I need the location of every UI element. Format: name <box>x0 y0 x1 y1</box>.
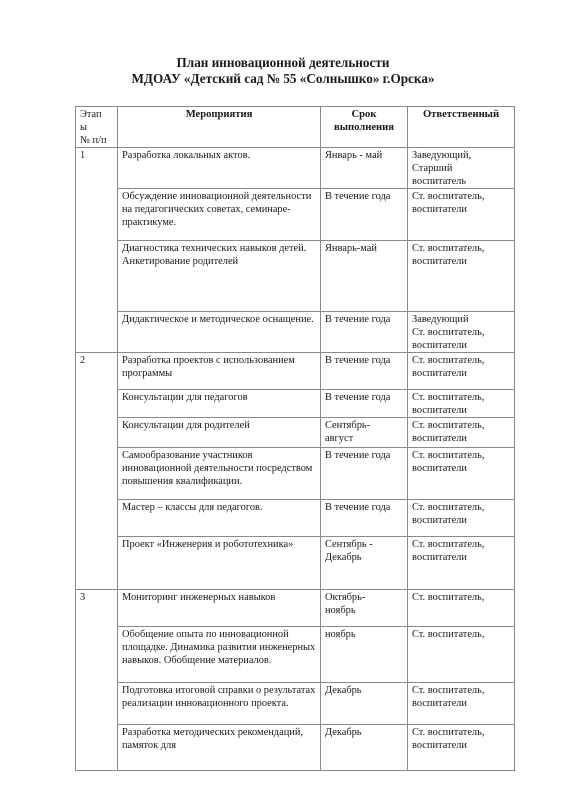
activity-cell: Мониторинг инженерных навыков <box>118 590 321 627</box>
document-subtitle: МДОАУ «Детский сад № 55 «Солнышко» г.Орс… <box>0 71 566 87</box>
term-cell: Октябрь- ноябрь <box>321 590 408 627</box>
table-row: Дидактическое и методическое оснащение.В… <box>76 312 515 353</box>
term-cell: Сентябрь - Декабрь <box>321 537 408 590</box>
activity-cell: Самообразование участников инновационной… <box>118 448 321 500</box>
table-header-row: Этап ы № п/п Мероприятия Срок выполнения… <box>76 107 515 148</box>
stage-number: 2 <box>76 353 118 590</box>
responsible-cell: Ст. воспитатель, воспитатели <box>408 448 515 500</box>
activity-cell: Разработка локальных актов. <box>118 148 321 189</box>
activity-cell: Мастер – классы для педагогов. <box>118 500 321 537</box>
responsible-cell: Заведующий Ст. воспитатель, воспитатели <box>408 312 515 353</box>
activity-cell: Обсуждение инновационной деятельности на… <box>118 189 321 241</box>
activity-cell: Разработка методических рекомендаций, па… <box>118 725 321 771</box>
term-cell: В течение года <box>321 390 408 418</box>
responsible-cell: Ст. воспитатель, воспитатели <box>408 537 515 590</box>
table-row: 1Разработка локальных актов.Январь - май… <box>76 148 515 189</box>
document-title: План инновационной деятельности <box>0 55 566 71</box>
table-body: 1Разработка локальных актов.Январь - май… <box>76 148 515 771</box>
term-cell: В течение года <box>321 353 408 390</box>
activity-cell: Проект «Инженерия и робототехника» <box>118 537 321 590</box>
activity-cell: Дидактическое и методическое оснащение. <box>118 312 321 353</box>
responsible-cell: Ст. воспитатель, воспитатели <box>408 390 515 418</box>
table-row: Подготовка итоговой справки о результата… <box>76 683 515 725</box>
responsible-cell: Ст. воспитатель, воспитатели <box>408 189 515 241</box>
table-row: Разработка методических рекомендаций, па… <box>76 725 515 771</box>
activity-cell: Диагностика технических навыков детей. А… <box>118 241 321 312</box>
term-cell: Сентябрь- август <box>321 418 408 448</box>
table-row: Консультации для родителейСентябрь- авгу… <box>76 418 515 448</box>
responsible-cell: Ст. воспитатель, воспитатели <box>408 725 515 771</box>
table-row: 2Разработка проектов с использованием пр… <box>76 353 515 390</box>
table-row: Обобщение опыта по инновационной площадк… <box>76 627 515 683</box>
table-row: 3Мониторинг инженерных навыковОктябрь- н… <box>76 590 515 627</box>
responsible-cell: Ст. воспитатель, воспитатели <box>408 418 515 448</box>
term-cell: В течение года <box>321 500 408 537</box>
responsible-cell: Заведующий, Старший воспитатель <box>408 148 515 189</box>
table-row: Консультации для педагоговВ течение года… <box>76 390 515 418</box>
table-row: Диагностика технических навыков детей. А… <box>76 241 515 312</box>
table-row: Обсуждение инновационной деятельности на… <box>76 189 515 241</box>
term-cell: ноябрь <box>321 627 408 683</box>
header-activity: Мероприятия <box>118 107 321 148</box>
responsible-cell: Ст. воспитатель, воспитатели <box>408 683 515 725</box>
header-stage: Этап ы № п/п <box>76 107 118 148</box>
term-cell: Декабрь <box>321 683 408 725</box>
term-cell: Январь-май <box>321 241 408 312</box>
responsible-cell: Ст. воспитатель, воспитатели <box>408 500 515 537</box>
stage-number: 3 <box>76 590 118 771</box>
header-term: Срок выполнения <box>321 107 408 148</box>
activity-cell: Подготовка итоговой справки о результата… <box>118 683 321 725</box>
activity-cell: Консультации для педагогов <box>118 390 321 418</box>
innovation-plan-table: Этап ы № п/п Мероприятия Срок выполнения… <box>75 106 515 771</box>
responsible-cell: Ст. воспитатель, <box>408 590 515 627</box>
term-cell: В течение года <box>321 448 408 500</box>
term-cell: Январь - май <box>321 148 408 189</box>
responsible-cell: Ст. воспитатель, воспитатели <box>408 353 515 390</box>
term-cell: Декабрь <box>321 725 408 771</box>
responsible-cell: Ст. воспитатель, воспитатели <box>408 241 515 312</box>
term-cell: В течение года <box>321 189 408 241</box>
activity-cell: Консультации для родителей <box>118 418 321 448</box>
table-row: Проект «Инженерия и робототехника»Сентяб… <box>76 537 515 590</box>
table-row: Самообразование участников инновационной… <box>76 448 515 500</box>
activity-cell: Обобщение опыта по инновационной площадк… <box>118 627 321 683</box>
term-cell: В течение года <box>321 312 408 353</box>
responsible-cell: Ст. воспитатель, <box>408 627 515 683</box>
stage-number: 1 <box>76 148 118 353</box>
activity-cell: Разработка проектов с использованием про… <box>118 353 321 390</box>
table-row: Мастер – классы для педагогов.В течение … <box>76 500 515 537</box>
header-responsible: Ответственный <box>408 107 515 148</box>
